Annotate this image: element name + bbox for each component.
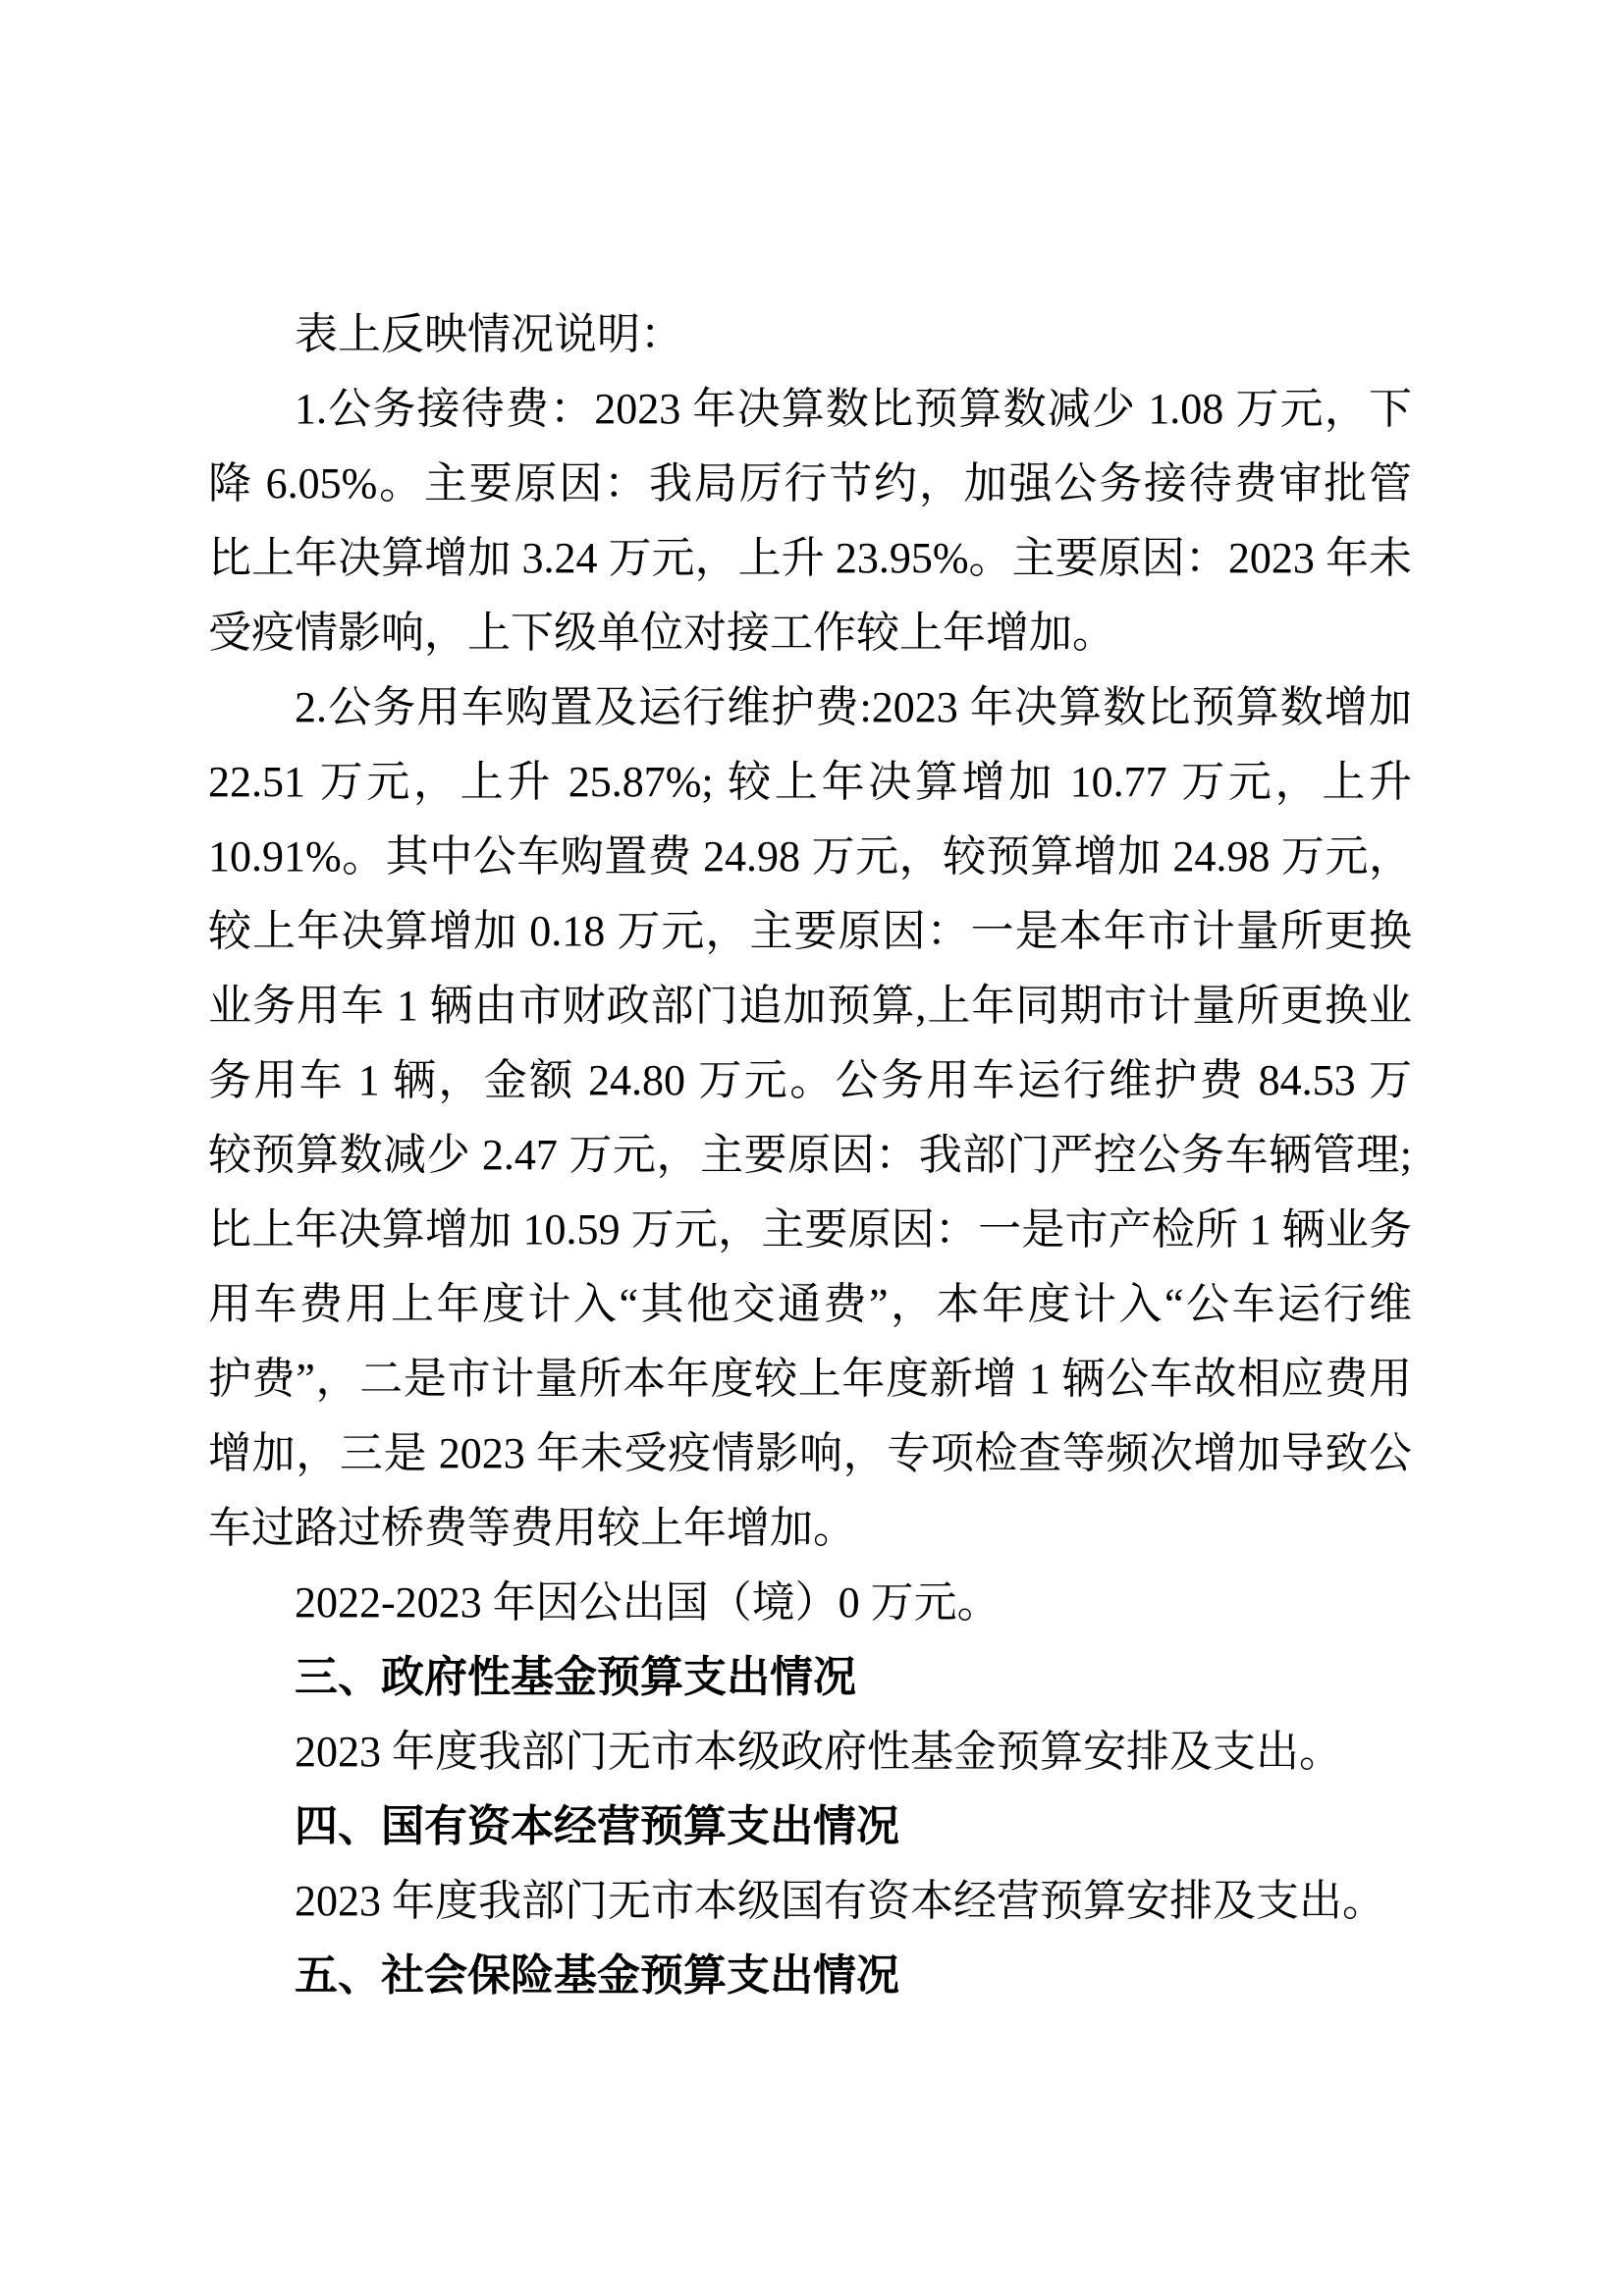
section-heading-four: 四、国有资本经营预算支出情况	[208, 1789, 1412, 1864]
document-text-block: 表上反映情况说明： 1.公务接待费：2023 年决算数比预算数减少 1.08 万…	[208, 297, 1412, 2013]
notes-intro-line: 表上反映情况说明：	[208, 297, 1412, 372]
paragraph-line: 较预算数减少 2.47 万元，主要原因：我部门严控公务车辆管理;	[208, 1118, 1412, 1193]
paragraph-line: 10.91%。其中公车购置费 24.98 万元，较预算增加 24.98 万元，	[208, 820, 1412, 894]
paragraph-line: 2022-2023 年因公出国（境）0 万元。	[208, 1566, 1412, 1640]
paragraph-line: 2.公务用车购置及运行维护费:2023 年决算数比预算数增加	[208, 670, 1412, 745]
section-heading-three: 三、政府性基金预算支出情况	[208, 1640, 1412, 1715]
paragraph-line: 务用车 1 辆，金额 24.80 万元。公务用车运行维护费 84.53 万元，	[208, 1043, 1412, 1118]
paragraph-line: 护费”，二是市计量所本年度较上年度新增 1 辆公车故相应费用	[208, 1342, 1412, 1416]
paragraph-line: 1.公务接待费：2023 年决算数比预算数减少 1.08 万元，下	[208, 372, 1412, 447]
paragraph-line: 降 6.05%。主要原因：我局厉行节约，加强公务接待费审批管理;	[208, 447, 1412, 521]
section-heading-five: 五、社会保险基金预算支出情况	[208, 1939, 1412, 2013]
paragraph-line: 2023 年度我部门无市本级政府性基金预算安排及支出。	[208, 1715, 1412, 1789]
paragraph-line: 比上年决算增加 3.24 万元，上升 23.95%。主要原因：2023 年未	[208, 521, 1412, 596]
paragraph-line: 增加，三是 2023 年未受疫情影响，专项检查等频次增加导致公	[208, 1416, 1412, 1491]
paragraph-line: 22.51 万元，上升 25.87%; 较上年决算增加 10.77 万元，上升	[208, 745, 1412, 820]
paragraph-line: 受疫情影响，上下级单位对接工作较上年增加。	[208, 596, 1412, 670]
paragraph-line: 业务用车 1 辆由市财政部门追加预算,上年同期市计量所更换业	[208, 969, 1412, 1043]
paragraph-line: 2023 年度我部门无市本级国有资本经营预算安排及支出。	[208, 1864, 1412, 1939]
paragraph-line: 用车费用上年度计入“其他交通费”，本年度计入“公车运行维	[208, 1267, 1412, 1342]
paragraph-line: 较上年决算增加 0.18 万元，主要原因：一是本年市计量所更换	[208, 894, 1412, 969]
paragraph-line: 比上年决算增加 10.59 万元，主要原因：一是市产检所 1 辆业务	[208, 1193, 1412, 1267]
paragraph-line: 车过路过桥费等费用较上年增加。	[208, 1491, 1412, 1566]
document-page: 表上反映情况说明： 1.公务接待费：2023 年决算数比预算数减少 1.08 万…	[0, 0, 1624, 2296]
